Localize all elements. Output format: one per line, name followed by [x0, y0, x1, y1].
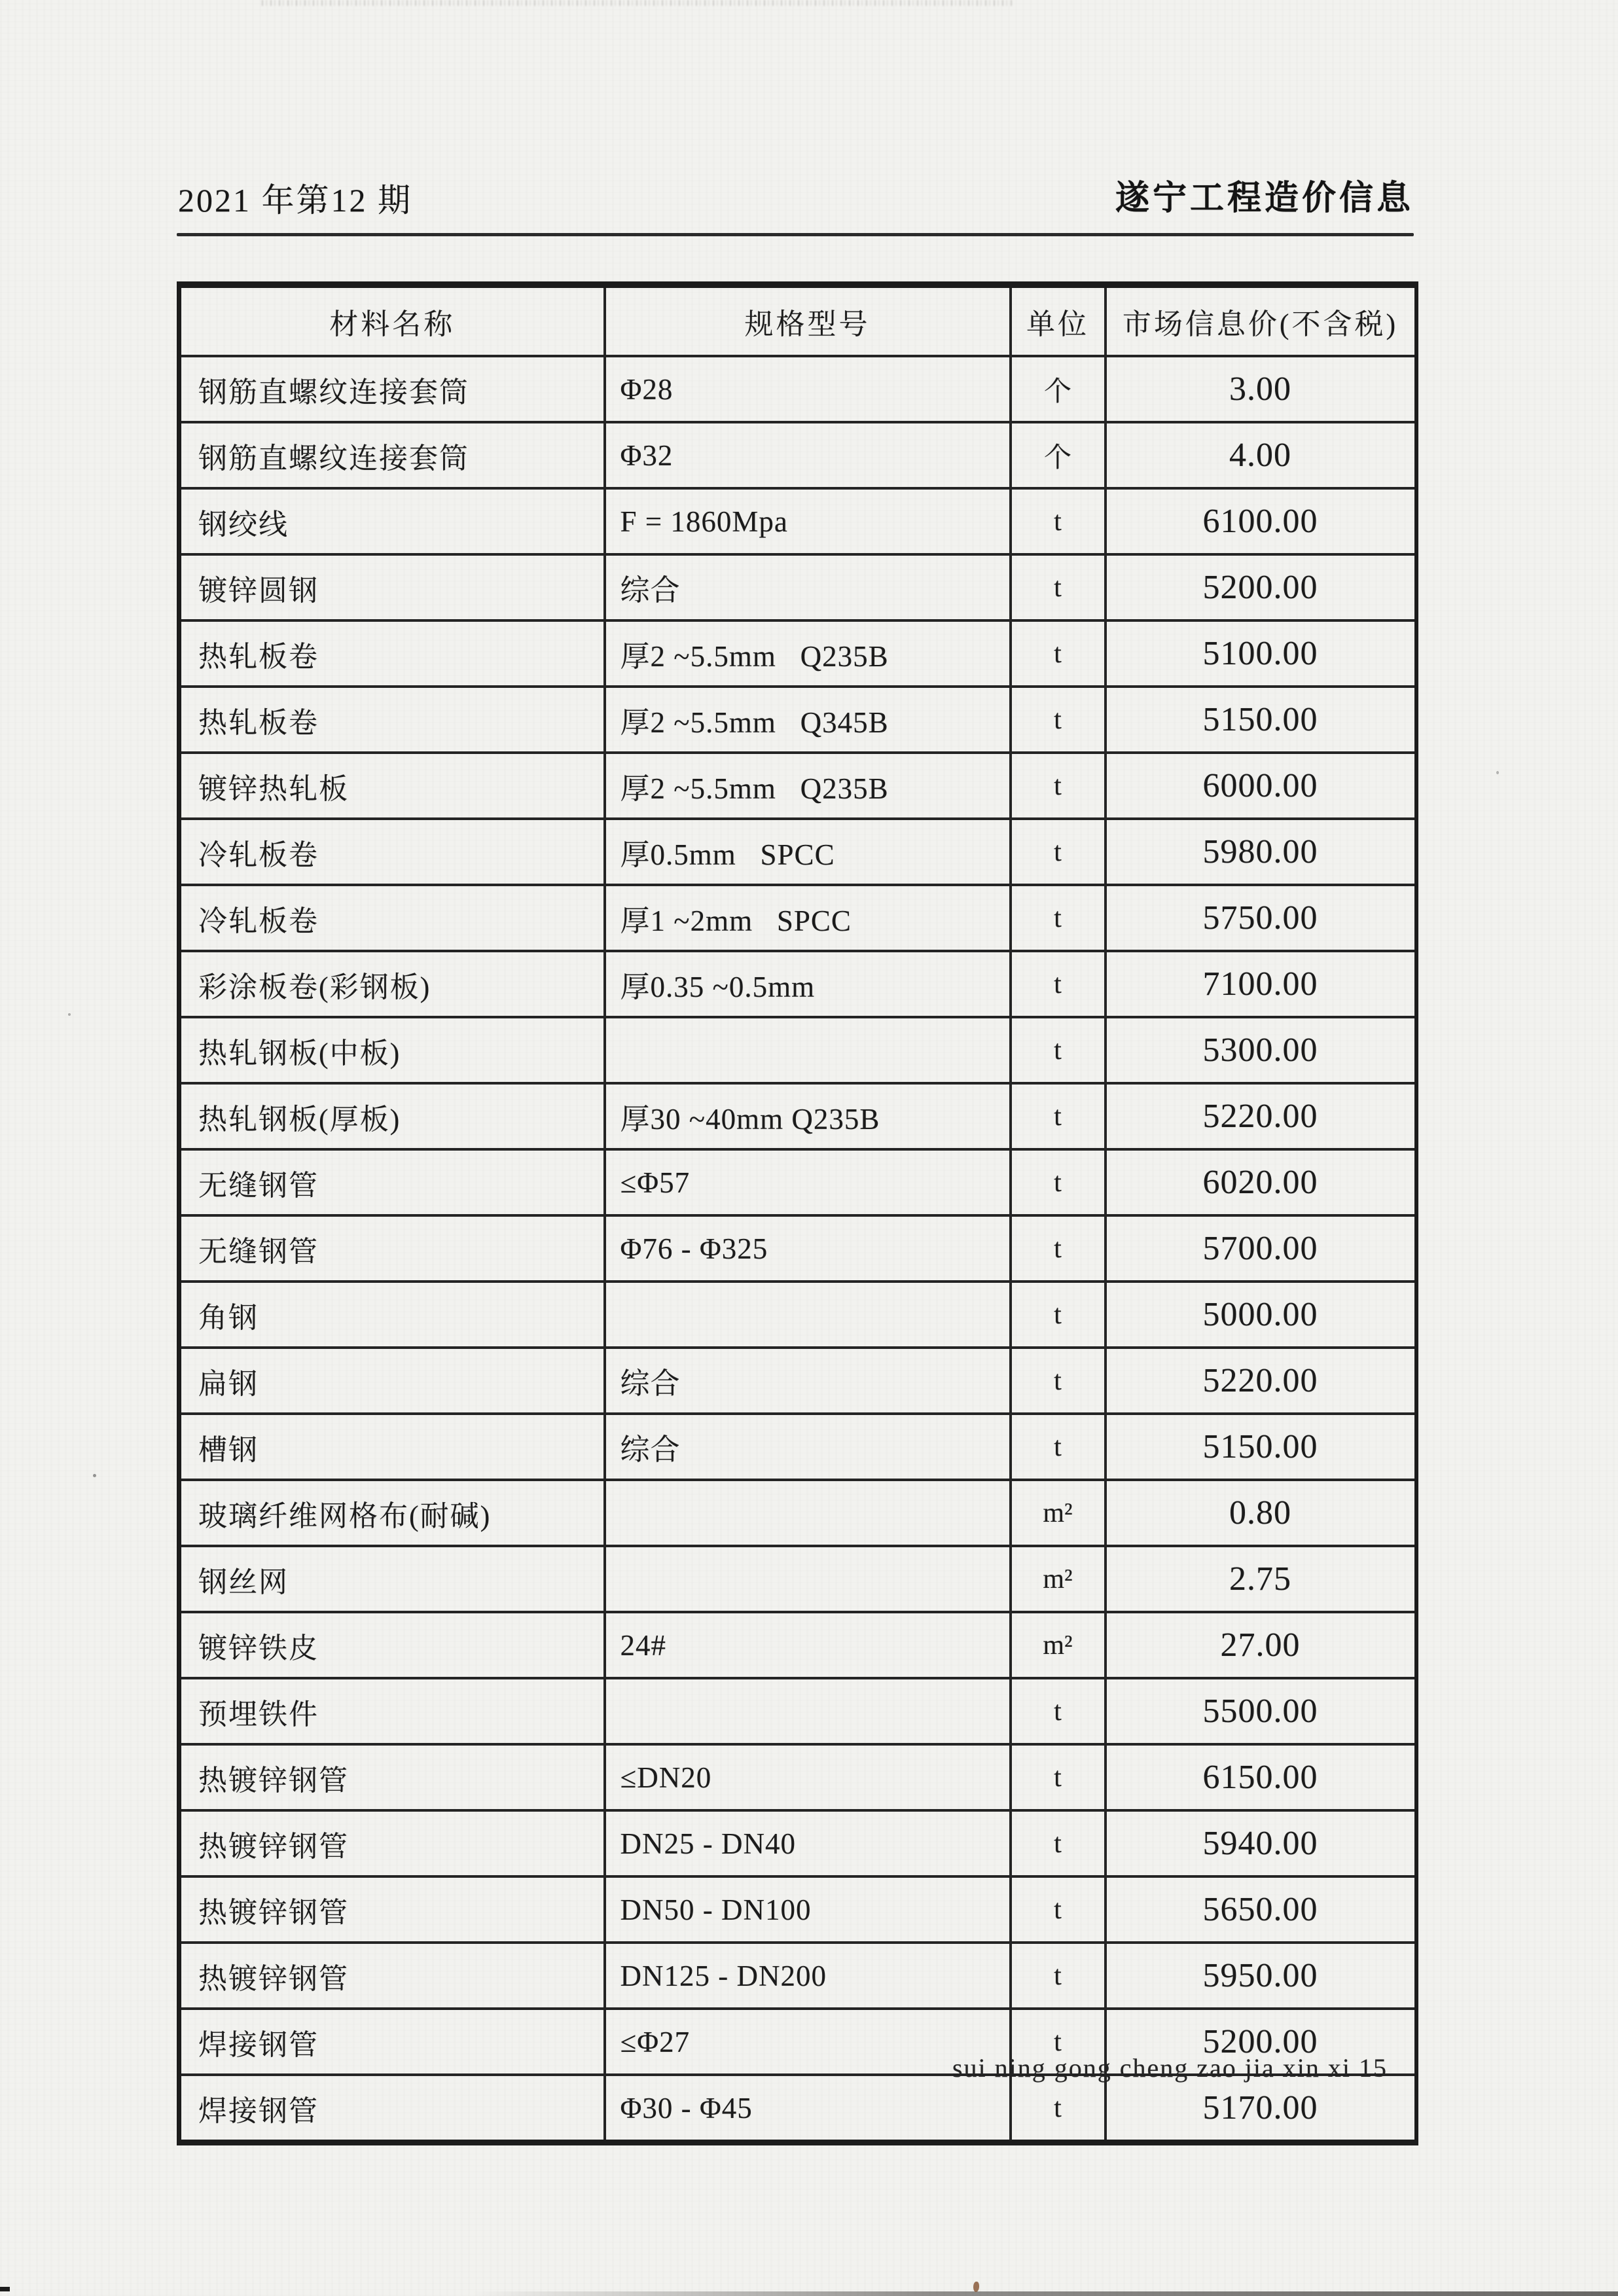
column-header-spec: 规格型号 — [605, 285, 1011, 356]
unit-cell: t — [1011, 1149, 1106, 1215]
table-row: 热轧钢板(厚板) 厚30 ~40mm Q235B t 5220.00 — [179, 1083, 1416, 1149]
unit-cell: t — [1011, 488, 1106, 554]
spec-cell: Φ32 — [605, 422, 1011, 488]
column-header-unit: 单位 — [1011, 285, 1106, 356]
price-cell: 5220.00 — [1106, 1348, 1416, 1414]
table-body: 钢筋直螺纹连接套筒 Φ28 个 3.00 钢筋直螺纹连接套筒 Φ32 个 4.0… — [179, 356, 1416, 2143]
unit-cell: 个 — [1011, 422, 1106, 488]
unit-cell: t — [1011, 885, 1106, 951]
material-name-cell: 镀锌铁皮 — [179, 1612, 605, 1678]
material-name-cell: 无缝钢管 — [179, 1149, 605, 1215]
table-row: 预埋铁件 t 5500.00 — [179, 1678, 1416, 1744]
price-cell: 6000.00 — [1106, 753, 1416, 819]
spec-cell — [605, 1480, 1011, 1546]
table-row: 钢丝网 m² 2.75 — [179, 1546, 1416, 1612]
table-row: 热轧钢板(中板) t 5300.00 — [179, 1017, 1416, 1083]
table-row: 冷轧板卷 厚0.5mm SPCC t 5980.00 — [179, 819, 1416, 885]
material-name-cell: 扁钢 — [179, 1348, 605, 1414]
unit-cell: t — [1011, 1215, 1106, 1282]
spec-cell: ≤DN20 — [605, 1744, 1011, 1810]
unit-cell: t — [1011, 554, 1106, 620]
material-name-cell: 热轧钢板(厚板) — [179, 1083, 605, 1149]
unit-cell: t — [1011, 1678, 1106, 1744]
price-cell: 5750.00 — [1106, 885, 1416, 951]
price-cell: 6150.00 — [1106, 1744, 1416, 1810]
price-cell: 5170.00 — [1106, 2075, 1416, 2143]
unit-cell: m² — [1011, 1480, 1106, 1546]
table-row: 镀锌铁皮 24# m² 27.00 — [179, 1612, 1416, 1678]
spec-cell: 厚30 ~40mm Q235B — [605, 1083, 1011, 1149]
unit-cell: m² — [1011, 1546, 1106, 1612]
price-cell: 6100.00 — [1106, 488, 1416, 554]
price-cell: 0.80 — [1106, 1480, 1416, 1546]
price-cell: 3.00 — [1106, 356, 1416, 422]
spec-cell: 厚1 ~2mm SPCC — [605, 885, 1011, 951]
spec-cell: 综合 — [605, 1414, 1011, 1480]
table-row: 镀锌圆钢 综合 t 5200.00 — [179, 554, 1416, 620]
material-name-cell: 热镀锌钢管 — [179, 1810, 605, 1876]
material-name-cell: 热轧钢板(中板) — [179, 1017, 605, 1083]
material-name-cell: 热镀锌钢管 — [179, 1744, 605, 1810]
table-header: 材料名称 规格型号 单位 市场信息价(不含税) — [179, 285, 1416, 356]
unit-cell: t — [1011, 1414, 1106, 1480]
price-cell: 5150.00 — [1106, 687, 1416, 753]
material-name-cell: 钢筋直螺纹连接套筒 — [179, 422, 605, 488]
unit-cell: t — [1011, 687, 1106, 753]
price-cell: 5000.00 — [1106, 1282, 1416, 1348]
spec-cell: DN125 - DN200 — [605, 1943, 1011, 2009]
spec-cell: ≤Φ57 — [605, 1149, 1011, 1215]
column-header-price: 市场信息价(不含税) — [1106, 285, 1416, 356]
unit-cell: t — [1011, 1943, 1106, 2009]
spec-cell: 厚2 ~5.5mm Q345B — [605, 687, 1011, 753]
journal-title: 遂宁工程造价信息 — [1115, 170, 1414, 219]
price-cell: 2.75 — [1106, 1546, 1416, 1612]
table-row: 焊接钢管 Φ30 - Φ45 t 5170.00 — [179, 2075, 1416, 2143]
material-name-cell: 角钢 — [179, 1282, 605, 1348]
price-cell: 6020.00 — [1106, 1149, 1416, 1215]
price-cell: 5980.00 — [1106, 819, 1416, 885]
unit-cell: t — [1011, 1876, 1106, 1943]
scan-artifact-speck — [973, 2282, 979, 2292]
table-row: 热镀锌钢管 DN125 - DN200 t 5950.00 — [179, 1943, 1416, 2009]
unit-cell: t — [1011, 1744, 1106, 1810]
table-row: 无缝钢管 ≤Φ57 t 6020.00 — [179, 1149, 1416, 1215]
spec-cell: 厚0.5mm SPCC — [605, 819, 1011, 885]
column-header-material: 材料名称 — [179, 285, 605, 356]
price-cell: 5100.00 — [1106, 620, 1416, 687]
price-cell: 7100.00 — [1106, 951, 1416, 1017]
spec-cell: 厚0.35 ~0.5mm — [605, 951, 1011, 1017]
table-row: 扁钢 综合 t 5220.00 — [179, 1348, 1416, 1414]
material-name-cell: 热镀锌钢管 — [179, 1943, 605, 2009]
header-rule — [177, 233, 1414, 236]
price-cell: 5650.00 — [1106, 1876, 1416, 1943]
material-name-cell: 无缝钢管 — [179, 1215, 605, 1282]
scan-artifact-dot — [68, 1013, 71, 1016]
material-name-cell: 钢丝网 — [179, 1546, 605, 1612]
unit-cell: t — [1011, 2075, 1106, 2143]
material-name-cell: 槽钢 — [179, 1414, 605, 1480]
material-name-cell: 冷轧板卷 — [179, 819, 605, 885]
scan-artifact-bottom-edge — [471, 2291, 1618, 2296]
material-name-cell: 焊接钢管 — [179, 2075, 605, 2143]
spec-cell: DN25 - DN40 — [605, 1810, 1011, 1876]
price-cell: 27.00 — [1106, 1612, 1416, 1678]
unit-cell: t — [1011, 620, 1106, 687]
material-name-cell: 镀锌圆钢 — [179, 554, 605, 620]
table-row: 玻璃纤维网格布(耐碱) m² 0.80 — [179, 1480, 1416, 1546]
spec-cell: F = 1860Mpa — [605, 488, 1011, 554]
unit-cell: t — [1011, 1348, 1106, 1414]
scan-artifact-top-noise — [262, 0, 1015, 6]
material-name-cell: 热轧板卷 — [179, 620, 605, 687]
price-cell: 5150.00 — [1106, 1414, 1416, 1480]
unit-cell: t — [1011, 1017, 1106, 1083]
header-row: 材料名称 规格型号 单位 市场信息价(不含税) — [179, 285, 1416, 356]
spec-cell — [605, 1017, 1011, 1083]
price-cell: 4.00 — [1106, 422, 1416, 488]
spec-cell — [605, 1282, 1011, 1348]
table-row: 钢绞线 F = 1860Mpa t 6100.00 — [179, 488, 1416, 554]
spec-cell: 厚2 ~5.5mm Q235B — [605, 620, 1011, 687]
spec-cell: Φ76 - Φ325 — [605, 1215, 1011, 1282]
spec-cell: Φ28 — [605, 356, 1011, 422]
price-cell: 5220.00 — [1106, 1083, 1416, 1149]
spec-cell: 24# — [605, 1612, 1011, 1678]
scan-artifact-dot — [1496, 771, 1499, 774]
material-name-cell: 热轧板卷 — [179, 687, 605, 753]
table-row: 热镀锌钢管 ≤DN20 t 6150.00 — [179, 1744, 1416, 1810]
table-row: 钢筋直螺纹连接套筒 Φ32 个 4.00 — [179, 422, 1416, 488]
price-table: 材料名称 规格型号 单位 市场信息价(不含税) 钢筋直螺纹连接套筒 Φ28 个 … — [177, 281, 1418, 2145]
spec-cell — [605, 1546, 1011, 1612]
spec-cell: 综合 — [605, 554, 1011, 620]
price-cell: 5700.00 — [1106, 1215, 1416, 1282]
material-name-cell: 彩涂板卷(彩钢板) — [179, 951, 605, 1017]
spec-cell: Φ30 - Φ45 — [605, 2075, 1011, 2143]
table-row: 热镀锌钢管 DN50 - DN100 t 5650.00 — [179, 1876, 1416, 1943]
spec-cell: 综合 — [605, 1348, 1011, 1414]
table-row: 槽钢 综合 t 5150.00 — [179, 1414, 1416, 1480]
spec-cell: ≤Φ27 — [605, 2009, 1011, 2075]
unit-cell: t — [1011, 1282, 1106, 1348]
issue-label: 2021 年第12 期 — [178, 174, 412, 221]
unit-cell: t — [1011, 1810, 1106, 1876]
table-row: 冷轧板卷 厚1 ~2mm SPCC t 5750.00 — [179, 885, 1416, 951]
price-cell: 5200.00 — [1106, 554, 1416, 620]
spec-cell: 厚2 ~5.5mm Q235B — [605, 753, 1011, 819]
scanned-page: 2021 年第12 期 遂宁工程造价信息 材料名称 规格型号 单位 市场信息价(… — [0, 0, 1618, 2296]
table-row: 镀锌热轧板 厚2 ~5.5mm Q235B t 6000.00 — [179, 753, 1416, 819]
spec-cell: DN50 - DN100 — [605, 1876, 1011, 1943]
table-row: 热轧板卷 厚2 ~5.5mm Q235B t 5100.00 — [179, 620, 1416, 687]
price-cell: 5500.00 — [1106, 1678, 1416, 1744]
table-row: 角钢 t 5000.00 — [179, 1282, 1416, 1348]
material-name-cell: 钢筋直螺纹连接套筒 — [179, 356, 605, 422]
material-name-cell: 焊接钢管 — [179, 2009, 605, 2075]
unit-cell: t — [1011, 819, 1106, 885]
unit-cell: m² — [1011, 1612, 1106, 1678]
page-footer: sui ning gong cheng zao jia xin xi 15 — [952, 2053, 1388, 2083]
table-row: 热轧板卷 厚2 ~5.5mm Q345B t 5150.00 — [179, 687, 1416, 753]
material-name-cell: 镀锌热轧板 — [179, 753, 605, 819]
spec-cell — [605, 1678, 1011, 1744]
price-cell: 5950.00 — [1106, 1943, 1416, 2009]
scan-artifact-left-tick — [0, 2287, 10, 2291]
price-cell: 5300.00 — [1106, 1017, 1416, 1083]
scan-artifact-dot — [93, 1474, 96, 1477]
price-cell: 5940.00 — [1106, 1810, 1416, 1876]
unit-cell: t — [1011, 951, 1106, 1017]
material-name-cell: 预埋铁件 — [179, 1678, 605, 1744]
unit-cell: t — [1011, 1083, 1106, 1149]
table-row: 钢筋直螺纹连接套筒 Φ28 个 3.00 — [179, 356, 1416, 422]
material-name-cell: 冷轧板卷 — [179, 885, 605, 951]
table-row: 彩涂板卷(彩钢板) 厚0.35 ~0.5mm t 7100.00 — [179, 951, 1416, 1017]
table-row: 热镀锌钢管 DN25 - DN40 t 5940.00 — [179, 1810, 1416, 1876]
material-name-cell: 玻璃纤维网格布(耐碱) — [179, 1480, 605, 1546]
material-name-cell: 热镀锌钢管 — [179, 1876, 605, 1943]
table-row: 无缝钢管 Φ76 - Φ325 t 5700.00 — [179, 1215, 1416, 1282]
material-name-cell: 钢绞线 — [179, 488, 605, 554]
unit-cell: 个 — [1011, 356, 1106, 422]
unit-cell: t — [1011, 753, 1106, 819]
